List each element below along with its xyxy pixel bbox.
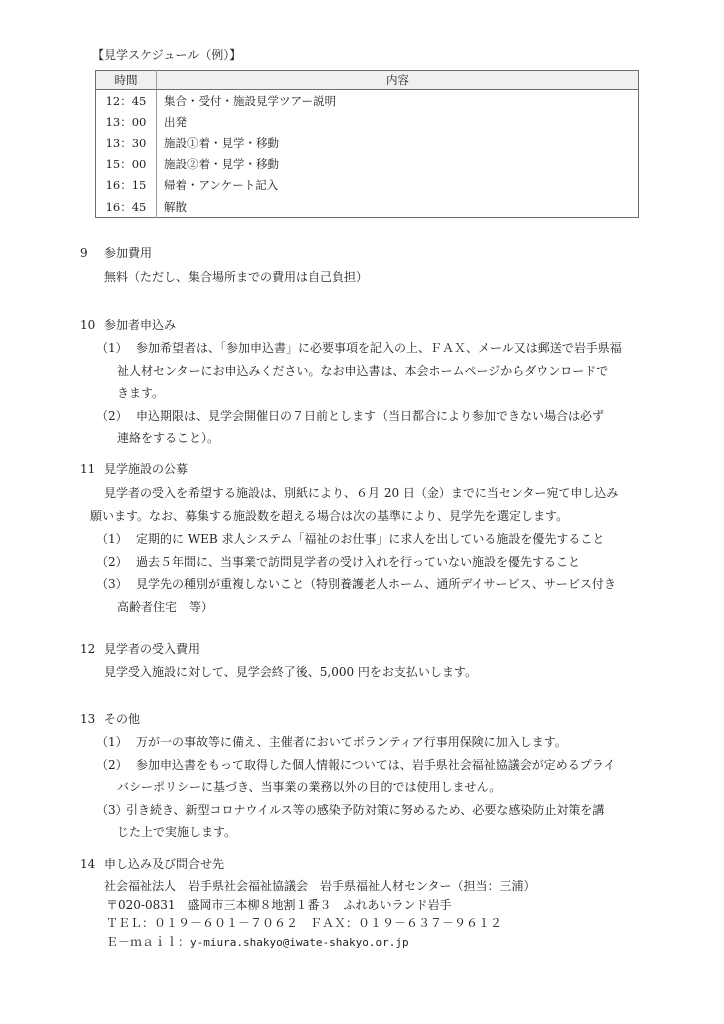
- table-row: 13：00 出発: [96, 111, 639, 132]
- section-title: 見学者の受入費用: [104, 642, 200, 656]
- row-content: 帰着・アンケート記入: [157, 175, 639, 196]
- section-14-heading: 14申し込み及び問合せ先: [80, 857, 224, 871]
- section-number: 10: [80, 318, 104, 332]
- row-content: 解散: [157, 196, 639, 218]
- section-number: 14: [80, 857, 104, 871]
- table-row: 15：00 施設②着・見学・移動: [96, 154, 639, 175]
- item-text: 申込期限は、見学会開催日の７日前とします（当日都合により参加できない場合は必ず: [136, 409, 604, 423]
- section-11-item-3: （3）見学先の種別が重複しないこと（特別養護老人ホーム、通所デイサービス、サービ…: [96, 577, 616, 591]
- section-title: その他: [104, 712, 140, 726]
- item-number: （1）: [96, 735, 136, 749]
- section-number: 11: [80, 462, 104, 476]
- contact-address: 〒020-0831 盛岡市三本柳８地割１番３ ふれあいランド岩手: [106, 898, 452, 912]
- email-label: Ｅ－ｍａｉｌ：: [106, 935, 190, 949]
- section-title: 申し込み及び問合せ先: [104, 857, 224, 871]
- section-title: 参加者申込み: [104, 318, 176, 332]
- section-13-item-2: （2）参加申込書をもって取得した個人情報については、岩手県社会福祉協議会が定める…: [96, 758, 615, 772]
- item-text: 引き続き、新型コロナウイルス等の感染予防対策に努めるため、必要な感染防止対策を講: [126, 803, 604, 817]
- item-text: 定期的に WEB 求人システム「福祉のお仕事」に求人を出している施設を優先するこ…: [136, 532, 604, 546]
- schedule-table: 時間 内容 12：45 集合・受付・施設見学ツアー説明 13：00 出発 13：…: [95, 70, 639, 218]
- row-time: 13：30: [96, 132, 157, 153]
- item-text-cont: じた上で実施します。: [117, 825, 236, 839]
- table-row: 16：45 解散: [96, 196, 639, 218]
- item-number: （3）: [96, 803, 126, 817]
- contact-tel-fax: ＴＥＬ：０１９－６０１－７０６２ ＦＡＸ：０１９－６３７－９６１２: [106, 916, 502, 930]
- item-number: （2）: [96, 758, 136, 772]
- section-10-heading: 10参加者申込み: [80, 318, 176, 332]
- item-text-cont: 高齢者住宅 等）: [117, 600, 213, 614]
- item-number: （3）: [96, 577, 136, 591]
- header-content: 内容: [157, 71, 639, 90]
- row-time: 16：15: [96, 175, 157, 196]
- item-text: 過去５年間に、当事業で訪問見学者の受け入れを行っていない施設を優先すること: [136, 555, 580, 569]
- section-11-item-1: （1）定期的に WEB 求人システム「福祉のお仕事」に求人を出している施設を優先…: [96, 532, 604, 546]
- table-row: 13：30 施設①着・見学・移動: [96, 132, 639, 153]
- row-time: 16：45: [96, 196, 157, 218]
- section-10-item-2: （2）申込期限は、見学会開催日の７日前とします（当日都合により参加できない場合は…: [96, 409, 604, 423]
- item-text-cont: 祉人材センターにお申込みください。なお申込書は、本会ホームページからダウンロード…: [117, 364, 608, 378]
- section-12-body: 見学受入施設に対して、見学会終了後、5,000 円をお支払いします。: [104, 665, 477, 679]
- section-10-item-1: （1）参加希望者は、「参加申込書」に必要事項を記入の上、ＦＡＸ、メール又は郵送で…: [96, 341, 622, 355]
- section-number: 13: [80, 712, 104, 726]
- section-9-heading: 9参加費用: [80, 246, 152, 260]
- section-11-heading: 11見学施設の公募: [80, 462, 188, 476]
- table-row: 16：15 帰着・アンケート記入: [96, 175, 639, 196]
- item-text: 万が一の事故等に備え、主催者においてボランティア行事用保険に加入します。: [136, 735, 567, 749]
- row-content: 施設①着・見学・移動: [157, 132, 639, 153]
- section-number: 9: [80, 246, 104, 260]
- row-content: 出発: [157, 111, 639, 132]
- section-11-body-line: 見学者の受入を希望する施設は、別紙により、６月 20 日（金）までに当センター宛…: [104, 486, 618, 500]
- row-content: 集合・受付・施設見学ツアー説明: [157, 90, 639, 112]
- item-number: （1）: [96, 532, 136, 546]
- section-title: 参加費用: [104, 246, 152, 260]
- section-13-heading: 13その他: [80, 712, 140, 726]
- table-row: 12：45 集合・受付・施設見学ツアー説明: [96, 90, 639, 112]
- item-text-cont: きます。: [117, 386, 164, 400]
- header-time: 時間: [96, 71, 157, 90]
- section-title: 見学施設の公募: [104, 462, 188, 476]
- contact-email-line: Ｅ－ｍａｉｌ：y-miura.shakyo@iwate-shakyo.or.jp: [106, 935, 409, 950]
- row-time: 12：45: [96, 90, 157, 112]
- schedule-header-row: 時間 内容: [96, 71, 639, 90]
- row-time: 13：00: [96, 111, 157, 132]
- email-address[interactable]: y-miura.shakyo@iwate-shakyo.or.jp: [190, 936, 409, 949]
- item-text: 参加希望者は、「参加申込書」に必要事項を記入の上、ＦＡＸ、メール又は郵送で岩手県…: [136, 341, 622, 355]
- row-content: 施設②着・見学・移動: [157, 154, 639, 175]
- schedule-title: 【見学スケジュール（例）】: [92, 48, 241, 62]
- section-12-heading: 12見学者の受入費用: [80, 642, 200, 656]
- section-9-body: 無料（ただし、集合場所までの費用は自己負担）: [104, 270, 368, 284]
- item-text-cont: 連絡をすること）。: [117, 431, 219, 445]
- section-number: 12: [80, 642, 104, 656]
- row-time: 15：00: [96, 154, 157, 175]
- item-text: 見学先の種別が重複しないこと（特別養護老人ホーム、通所デイサービス、サービス付き: [136, 577, 616, 591]
- section-11-item-2: （2）過去５年間に、当事業で訪問見学者の受け入れを行っていない施設を優先すること: [96, 555, 580, 569]
- contact-org: 社会福祉法人 岩手県社会福祉協議会 岩手県福祉人材センター（担当：三浦）: [104, 879, 536, 893]
- item-number: （1）: [96, 341, 136, 355]
- item-text: 参加申込書をもって取得した個人情報については、岩手県社会福祉協議会が定めるプライ: [136, 758, 615, 772]
- item-number: （2）: [96, 555, 136, 569]
- section-11-body-line: 願います。なお、募集する施設数を超える場合は次の基準により、見学先を選定します。: [90, 509, 568, 523]
- document-page: 【見学スケジュール（例）】 時間 内容 12：45 集合・受付・施設見学ツアー説…: [0, 0, 724, 1024]
- item-number: （2）: [96, 409, 136, 423]
- section-13-item-1: （1）万が一の事故等に備え、主催者においてボランティア行事用保険に加入します。: [96, 735, 567, 749]
- item-text-cont: バシーポリシーに基づき、当事業の業務以外の目的では使用しません。: [117, 780, 501, 794]
- section-13-item-3: （3）引き続き、新型コロナウイルス等の感染予防対策に努めるため、必要な感染防止対…: [96, 803, 604, 817]
